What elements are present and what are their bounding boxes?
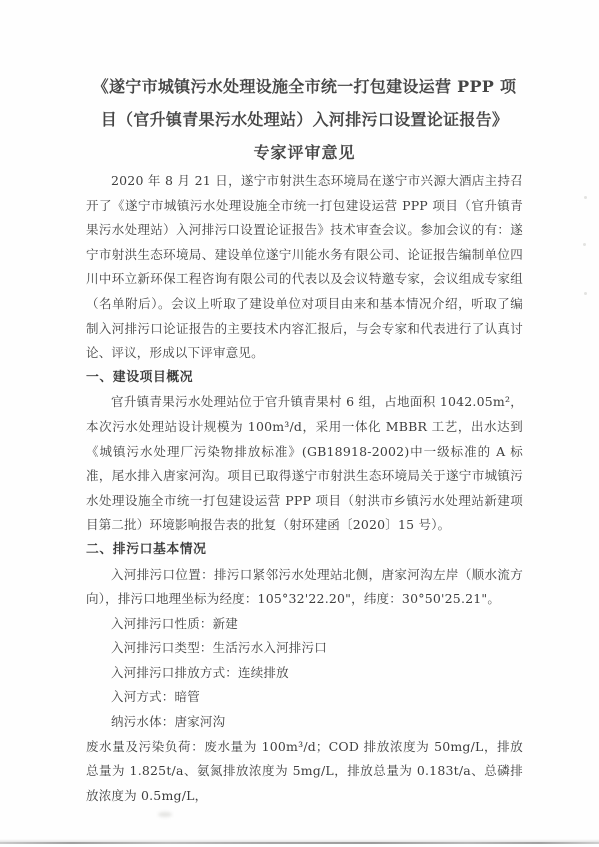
scan-smudge-artifact: [158, 812, 172, 817]
intro-paragraph: 2020 年 8 月 21 日，遂宁市射洪生态环境局在遂宁市兴源大酒店主持召开了…: [86, 169, 523, 366]
scan-speck-artifact: [583, 243, 586, 246]
wastewater-load-paragraph: 废水量及污染负荷：废水量为 100m³/d；COD 排放浓度为 50mg/L，排…: [86, 735, 523, 809]
document-page: 《遂宁市城镇污水处理设施全市统一打包建设运营 PPP 项目（官升镇青果污水处理站…: [0, 0, 599, 847]
outlet-location-paragraph: 入河排污口位置：排污口紧邻污水处理站北侧，唐家河沟左岸（顺水流方向），排污口地理…: [86, 563, 523, 612]
project-overview-paragraph: 官升镇青果污水处理站位于官升镇青果村 6 组，占地面积 1042.05m²，本次…: [86, 390, 523, 538]
section-heading-project-overview: 一、建设项目概况: [86, 366, 523, 391]
outlet-item-type: 入河排污口类型：生活污水入河排污口: [86, 636, 523, 661]
scan-speck-artifact: [584, 292, 587, 295]
scan-bottom-edge-line: [0, 842, 599, 844]
outlet-item-nature: 入河排污口性质：新建: [86, 612, 523, 637]
outlet-item-discharge-mode: 入河排污口排放方式：连续排放: [86, 661, 523, 686]
section-heading-outlet-basics: 二、排污口基本情况: [86, 538, 523, 563]
outlet-item-receiving-water: 纳污水体：唐家河沟: [86, 710, 523, 735]
document-content: 《遂宁市城镇污水处理设施全市统一打包建设运营 PPP 项目（官升镇青果污水处理站…: [86, 70, 523, 808]
doc-title: 《遂宁市城镇污水处理设施全市统一打包建设运营 PPP 项目（官升镇青果污水处理站…: [86, 70, 523, 136]
outlet-item-entry-mode: 入河方式：暗管: [86, 685, 523, 710]
scan-speck-artifact: [584, 196, 587, 199]
doc-subtitle: 专家评审意见: [86, 136, 523, 169]
